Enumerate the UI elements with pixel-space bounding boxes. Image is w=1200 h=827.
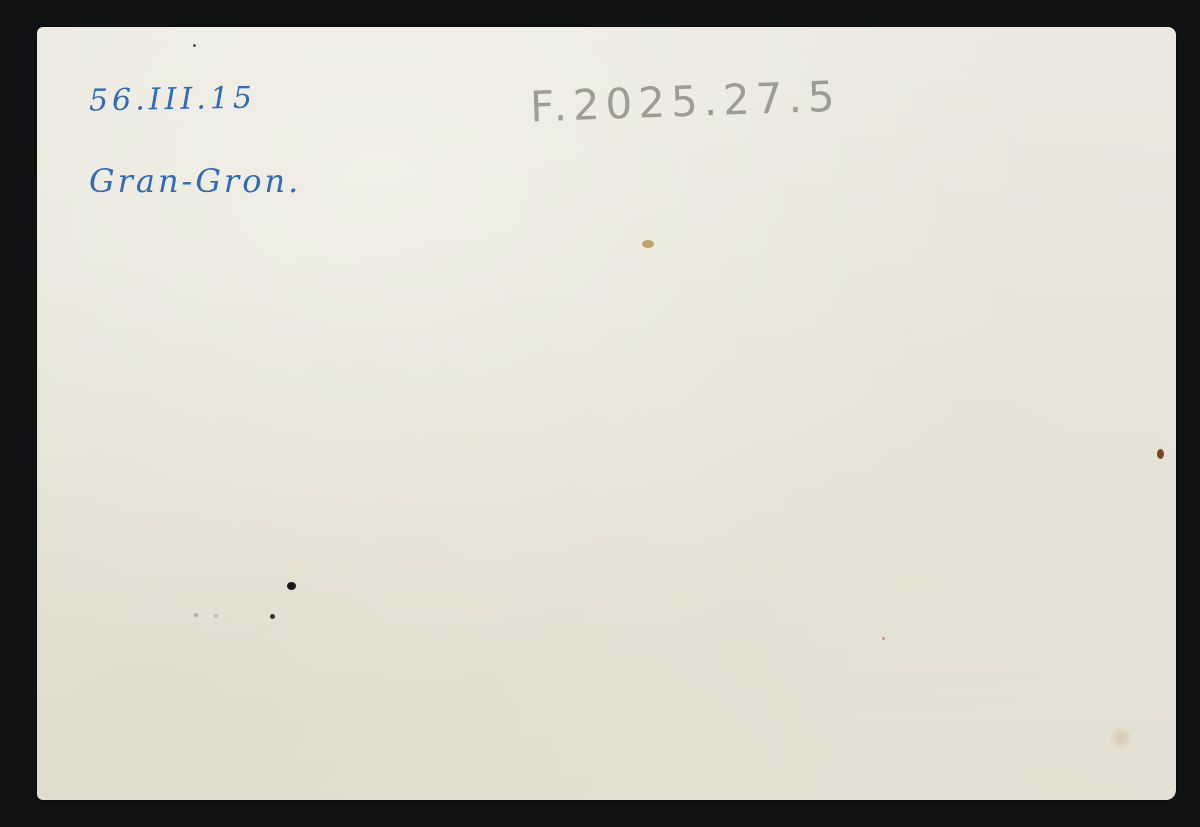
speck (193, 44, 196, 47)
photo-card-reverse: 56.III.15 Gran-Gron. F.2025.27.5 (37, 27, 1176, 800)
ink-speck (287, 582, 296, 590)
corner-stain (1107, 727, 1135, 749)
foxing-stain (642, 240, 654, 248)
handwritten-place-name: Gran-Gron. (89, 162, 301, 200)
ink-speck (270, 614, 275, 619)
pink-speck (882, 637, 885, 640)
faint-speck (214, 614, 218, 618)
pencil-accession-number: F.2025.27.5 (529, 72, 841, 132)
edge-stain (1157, 449, 1164, 459)
handwritten-date: 56.III.15 (89, 81, 257, 119)
faint-speck (194, 613, 198, 617)
